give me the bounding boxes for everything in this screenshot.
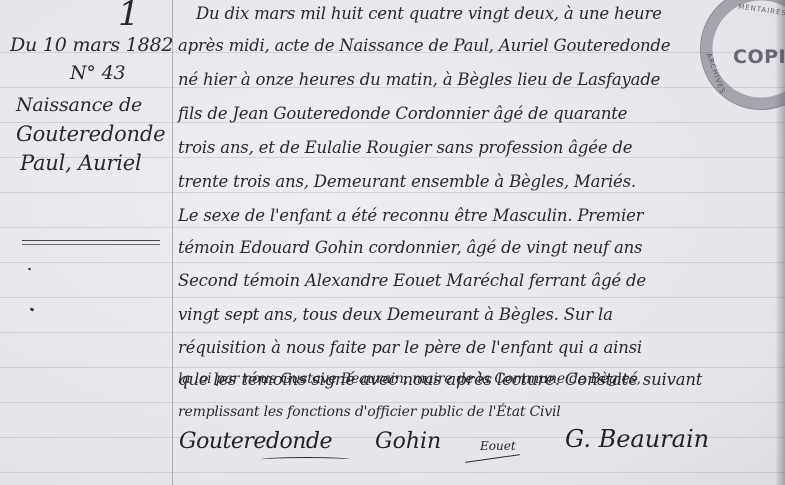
margin-date: Du 10 mars 1882 <box>10 34 173 56</box>
signature-block: Gouteredonde Gohin Eouet G. Beaurain <box>175 425 775 485</box>
body-line: la loi par nous Gustave Beaurain, maire … <box>178 371 641 387</box>
signature-mayor: G. Beaurain <box>565 425 709 453</box>
body-line: témoin Edouard Gohin cordonnier, âgé de … <box>178 238 642 257</box>
stamp-copie-label: COPIE <box>733 46 785 68</box>
body-line: fils de Jean Gouteredonde Cordonnier âgé… <box>178 104 627 123</box>
body-line: Second témoin Alexandre Eouet Maréchal f… <box>178 271 646 290</box>
body-line: après midi, acte de Naissance de Paul, A… <box>178 36 670 55</box>
body-line: trois ans, et de Eulalie Rougier sans pr… <box>178 138 632 157</box>
margin-surname: Gouteredonde <box>16 122 165 146</box>
body-line: vingt sept ans, tous deux Demeurant à Bè… <box>178 305 613 324</box>
signature-witness-2: Eouet <box>480 439 516 453</box>
body-line: né hier à onze heures du matin, à Bègles… <box>178 70 660 89</box>
margin-top-mark: 1 <box>118 0 140 34</box>
margin-record-type: Naissance de <box>16 94 142 116</box>
margin-double-rule <box>22 240 160 245</box>
margin-given-names: Paul, Auriel <box>20 151 142 175</box>
signature-flourish <box>261 457 351 462</box>
body-line: remplissant les fonctions d'officier pub… <box>178 404 561 420</box>
signature-father: Gouteredonde <box>179 429 332 454</box>
margin-rule <box>172 0 173 485</box>
signature-underline <box>465 454 520 463</box>
signature-witness-1: Gohin <box>375 429 441 454</box>
body-line: Du dix mars mil huit cent quatre vingt d… <box>196 4 662 23</box>
body-line: réquisition à nous faite par le père de … <box>178 338 642 357</box>
margin-entry-number: N° 43 <box>70 62 125 84</box>
body-line: trente trois ans, Demeurant ensemble à B… <box>178 172 636 191</box>
body-line: Le sexe de l'enfant a été reconnu être M… <box>178 206 643 225</box>
